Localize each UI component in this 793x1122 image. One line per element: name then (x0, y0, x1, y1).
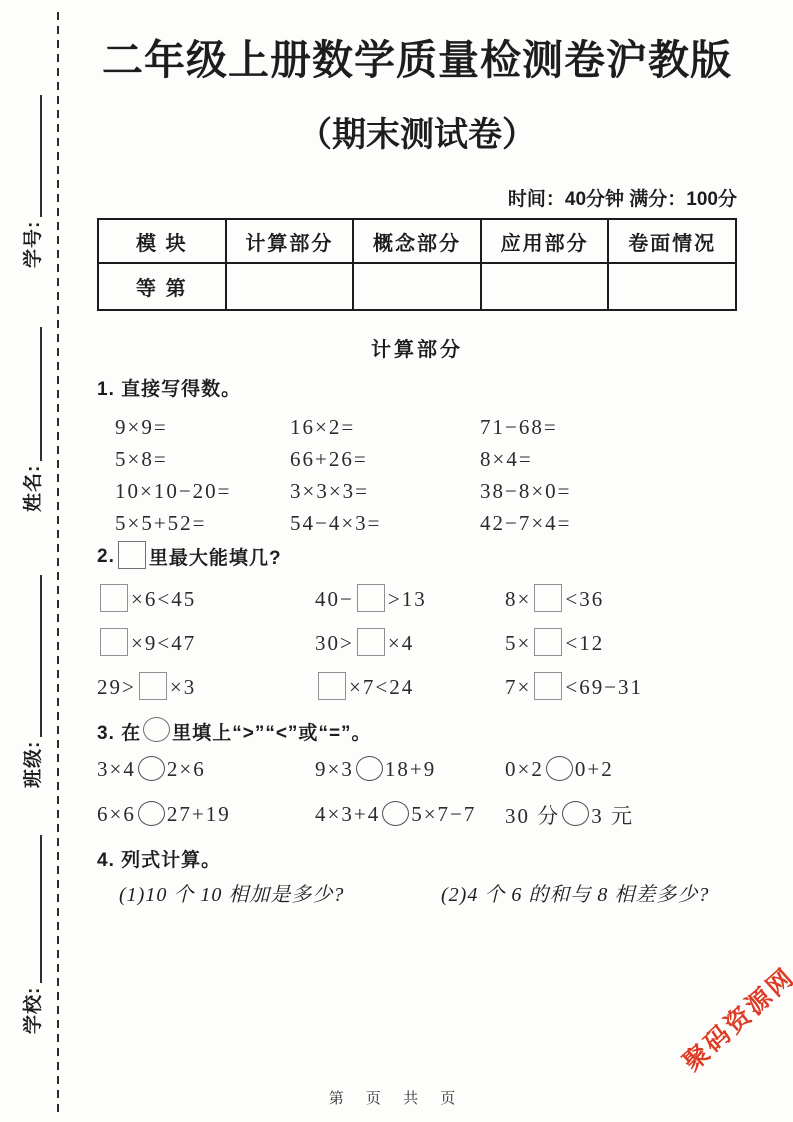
page-footer: 第 页 共 页 (0, 1087, 793, 1108)
answer-box (534, 584, 562, 612)
page-title: 二年级上册数学质量检测卷沪教版 (97, 36, 737, 85)
q4-problems: (1)10 个 10 相加是多少? (2)4 个 6 的和与 8 相差多少? (97, 878, 737, 907)
math-expression: 30 分3 元 (505, 792, 737, 837)
q2-label: 2. 里最大能填几? (97, 541, 737, 572)
class-blank-line (20, 575, 43, 737)
student-id-blank-line (20, 95, 43, 217)
q1-label: 1. 直接写得数。 (97, 374, 737, 401)
math-expression: 3×42×6 (97, 747, 315, 792)
exam-meta: 时间：40分钟 满分：100分 (97, 184, 737, 211)
math-expression: 40−>13 (315, 577, 505, 621)
score-grade-cell (226, 263, 354, 310)
margin-field-class: 班级: (14, 560, 48, 788)
answer-box (357, 628, 385, 656)
math-expression: 16×2= (290, 411, 480, 443)
answer-box (534, 628, 562, 656)
score-header-concept: 概念部分 (353, 219, 481, 263)
cut-dashed-line (57, 12, 59, 1114)
score-table-header-row: 模 块 计算部分 概念部分 应用部分 卷面情况 (98, 219, 736, 263)
math-expression: 9×9= (115, 411, 290, 443)
answer-circle (356, 756, 383, 781)
q1-problems: 9×9= 16×2= 71−68= 5×8= 66+26= 8×4= 10×10… (97, 411, 737, 539)
q3-label: 3. 在里填上“>”“<”或“=”。 (97, 717, 737, 745)
student-id-label: 学号: (18, 221, 45, 268)
q4-label: 4. 列式计算。 (97, 845, 737, 872)
math-expression: 66+26= (290, 443, 480, 475)
math-expression: 7×<69−31 (505, 665, 737, 709)
word-problem: (2)4 个 6 的和与 8 相差多少? (441, 878, 737, 907)
score-grade-cell (481, 263, 609, 310)
score-grade-cell (353, 263, 481, 310)
score-header-computation: 计算部分 (226, 219, 354, 263)
score-grade-label: 等 第 (98, 263, 226, 310)
score-grade-cell (608, 263, 736, 310)
margin-field-name: 姓名: (14, 316, 48, 512)
page-subtitle: （期末测试卷） (97, 107, 737, 156)
answer-box (100, 584, 128, 612)
math-expression: 9×318+9 (315, 747, 505, 792)
math-expression: 0×20+2 (505, 747, 737, 792)
margin-field-school: 学校: (14, 820, 48, 1034)
math-expression: ×6<45 (97, 577, 315, 621)
math-expression: 5×8= (115, 443, 290, 475)
answer-box (118, 541, 146, 569)
math-expression: 6×627+19 (97, 792, 315, 837)
math-expression: 30>×4 (315, 621, 505, 665)
math-expression: ×9<47 (97, 621, 315, 665)
word-problem: (1)10 个 10 相加是多少? (119, 878, 441, 907)
answer-circle (138, 801, 165, 826)
school-label: 学校: (18, 987, 45, 1034)
math-expression: 71−68= (480, 411, 737, 443)
answer-box (357, 584, 385, 612)
name-blank-line (20, 327, 43, 461)
answer-circle (546, 756, 573, 781)
answer-box (100, 628, 128, 656)
score-table-grade-row: 等 第 (98, 263, 736, 310)
math-expression: 3×3×3= (290, 475, 480, 507)
math-expression: 4×3+45×7−7 (315, 792, 505, 837)
math-expression: 29>×3 (97, 665, 315, 709)
math-expression: 42−7×4= (480, 507, 737, 539)
math-expression: 10×10−20= (115, 475, 290, 507)
answer-circle (138, 756, 165, 781)
math-expression: 8×4= (480, 443, 737, 475)
main-content: 二年级上册数学质量检测卷沪教版 （期末测试卷） 时间：40分钟 满分：100分 … (97, 0, 737, 907)
math-expression: 38−8×0= (480, 475, 737, 507)
answer-box (318, 672, 346, 700)
q3-problems: 3×42×6 9×318+9 0×20+2 6×627+19 4×3+45×7−… (97, 747, 737, 837)
math-expression: 5×5+52= (115, 507, 290, 539)
school-blank-line (20, 835, 43, 983)
math-expression: ×7<24 (315, 665, 505, 709)
margin-field-student-id: 学号: (14, 86, 48, 268)
math-expression: 54−4×3= (290, 507, 480, 539)
math-expression: 5×<12 (505, 621, 737, 665)
name-label: 姓名: (18, 465, 45, 512)
math-expression: 8×<36 (505, 577, 737, 621)
score-header-module: 模 块 (98, 219, 226, 263)
answer-circle (382, 801, 409, 826)
answer-box (139, 672, 167, 700)
class-label: 班级: (18, 741, 45, 788)
exam-paper-page: 学号: 姓名: 班级: 学校: 二年级上册数学质量检测卷沪教版 （期末测试卷） … (0, 0, 793, 1122)
q2-problems: ×6<45 40−>13 8×<36 ×9<47 30>×4 5×<12 29>… (97, 577, 737, 709)
answer-circle (143, 717, 170, 742)
answer-circle (562, 801, 589, 826)
score-table: 模 块 计算部分 概念部分 应用部分 卷面情况 等 第 (97, 218, 737, 311)
score-header-presentation: 卷面情况 (608, 219, 736, 263)
watermark: 聚码资源网 (674, 958, 793, 1078)
section-title-computation: 计算部分 (97, 333, 737, 362)
answer-box (534, 672, 562, 700)
score-header-application: 应用部分 (481, 219, 609, 263)
